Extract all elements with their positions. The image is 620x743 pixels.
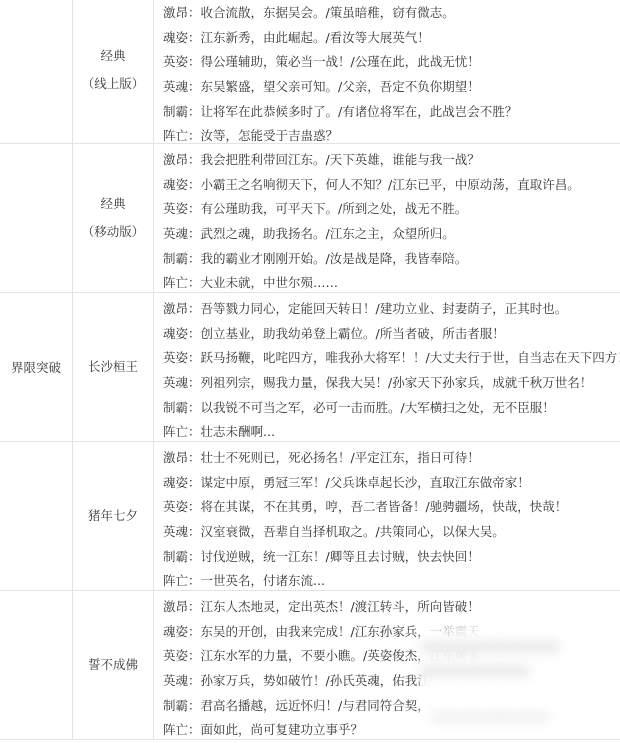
table-row: 猪年七夕 激昂：壮士不死则已，死必扬名！/平定江东，指日可待！ 魂姿：谋定中原，… [0,442,620,591]
watermark-overlay [420,620,620,730]
skin-name: 誓不成佛 [88,651,138,679]
skin-version: （线上版） [82,70,145,98]
quotes-cell: 激昂：壮士不死则已，死必扬名！/平定江东，指日可待！ 魂姿：谋定中原，勇冠三军！… [155,442,620,590]
watermark-stroke [430,712,550,722]
skin-name-cell: 经典 （线上版） [72,0,154,143]
quote-line: 激昂：吾等戮力同心，定能回天转日！/建功立业、封妻荫子，正其时也。 [163,297,620,322]
skin-name-cell: 经典 （移动版） [72,144,154,292]
watermark-stroke [420,642,560,652]
quote-line: 制霸：以我锐不可当之军，必可一击而胜。/大军横扫之处，无不臣服！ [163,396,620,421]
quotes-cell: 激昂：收合流散，东据吴会。/策虽暗稚，窃有微志。 魂姿：江东新秀，由此崛起。/看… [155,0,620,143]
skin-name-cell: 长沙桓王 [72,293,154,441]
quote-line: 魂姿：创立基业，助我幼弟登上霸位。/所当者破，所击者服！ [163,322,620,347]
quote-line: 魂姿：小霸王之名响彻天下，何人不知？/江东已平，中原动荡，直取许昌。 [163,173,620,198]
table-row: 经典 （线上版） 激昂：收合流散，东据吴会。/策虽暗稚，窃有微志。 魂姿：江东新… [0,0,620,144]
skin-name-cell: 猪年七夕 [72,442,154,590]
category-cell [0,591,72,739]
quotes-cell: 激昂：我会把胜利带回江东。/天下英雄，谁能与我一战？ 魂姿：小霸王之名响彻天下，… [155,144,620,292]
quote-line: 英姿：跃马扬鞭，叱咤四方，唯我孙大将军！！/大丈夫行于世，自当志在天下四方！ [163,346,620,371]
quote-line: 英姿：将在其谋，不在其勇，哼，吾二者皆备！/驰骋疆场，快哉，快哉！ [163,495,620,520]
quote-line: 激昂：壮士不死则已，死必扬名！/平定江东，指日可待！ [163,446,620,471]
quote-line: 激昂：我会把胜利带回江东。/天下英雄，谁能与我一战？ [163,148,620,173]
category-cell: 界限突破 [0,293,72,441]
category-cell [0,144,72,292]
quote-line: 英魂：武烈之魂，助我扬名。/江东之主，众望所归。 [163,222,620,247]
table-row: 经典 （移动版） 激昂：我会把胜利带回江东。/天下英雄，谁能与我一战？ 魂姿：小… [0,144,620,293]
quote-line: 激昂：收合流散，东据吴会。/策虽暗稚，窃有微志。 [163,1,620,26]
category-cell [0,442,72,590]
quote-line: 制霸：让将军在此恭候多时了。/有诸位将军在，此战岂会不胜？ [163,100,620,125]
quote-line: 英姿：得公瑾辅助，策必当一战！/公瑾在此，此战无忧！ [163,50,620,75]
quote-line: 激昂：江东人杰地灵，定出英杰！/渡江转斗，所向皆破！ [163,595,620,620]
skin-name-cell: 誓不成佛 [72,591,154,739]
skin-name: 长沙桓王 [88,353,138,381]
table-row: 界限突破 长沙桓王 激昂：吾等戮力同心，定能回天转日！/建功立业、封妻荫子，正其… [0,293,620,442]
quote-line: 制霸：讨伐逆贼，统一江东！/卿等且去讨贼，快去快回！ [163,545,620,570]
quote-line: 魂姿：谋定中原，勇冠三军！/父兵诛卓起长沙，直取江东做帝家！ [163,471,620,496]
skin-name: 猪年七夕 [88,502,138,530]
watermark-stroke [420,666,530,676]
quote-line: 制霸：我的霸业才刚刚开始。/汝是战是降，我皆奉陪。 [163,247,620,272]
category-label: 界限突破 [11,358,61,376]
quote-line: 英魂：列祖列宗，赐我力量，保我大吴！/孙家天下孙家兵，成就千秋万世名！ [163,371,620,396]
skin-name: 经典 [100,190,125,218]
quote-line: 英魂：东吴繁盛，望父亲可知。/父亲，吾定不负你期望！ [163,75,620,100]
skin-name: 经典 [100,42,125,70]
skin-version: （移动版） [82,218,145,246]
quote-line: 英魂：汉室衰微，吾辈自当择机取之。/共策同心，以保大吴。 [163,520,620,545]
category-cell [0,0,72,143]
quotes-cell: 激昂：吾等戮力同心，定能回天转日！/建功立业、封妻荫子，正其时也。 魂姿：创立基… [155,293,620,441]
quote-line: 魂姿：江东新秀，由此崛起。/看汝等大展英气！ [163,26,620,51]
quote-line: 英姿：有公瑾助我，可平天下。/所到之处，战无不胜。 [163,197,620,222]
